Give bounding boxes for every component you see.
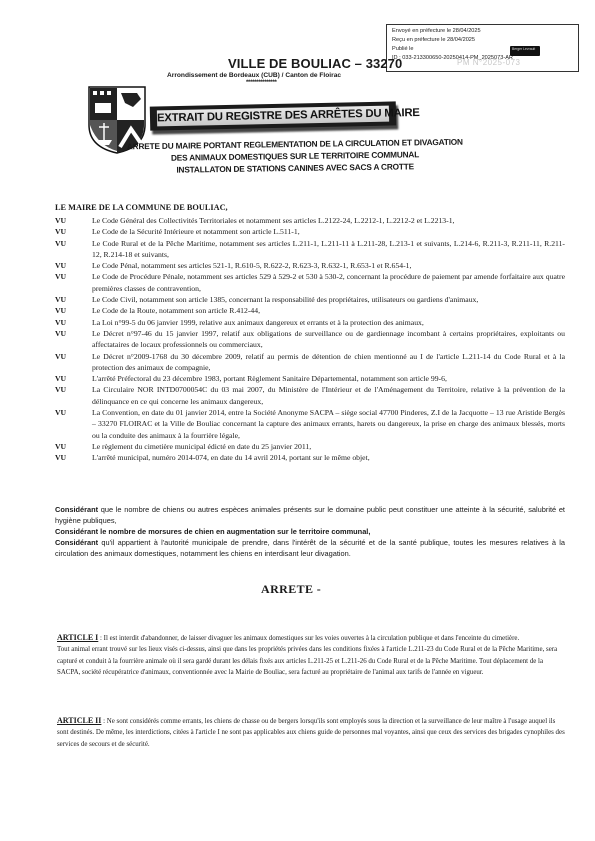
vu-item: VULa Circulaire NOR INTD0700054C du 03 m…: [55, 384, 565, 407]
vu-item: VULe Code de la Route, notamment son art…: [55, 305, 565, 316]
vu-item: VUL'arrêté Préfectoral du 23 décembre 19…: [55, 373, 565, 384]
vu-item: VULe Code Pénal, notamment ses articles …: [55, 260, 565, 271]
berger-levrault-badge: Berger Levrault: [510, 46, 540, 56]
vu-item: VULa Convention, en date du 01 janvier 2…: [55, 407, 565, 441]
article-2: ARTICLE II : Ne sont considérés comme er…: [57, 715, 565, 750]
maire-heading: LE MAIRE DE LA COMMUNE DE BOULIAC,: [55, 203, 228, 212]
vu-item: VULe Code Rural et de la Pêche Maritime,…: [55, 238, 565, 261]
arrete-title: ARRETE DU MAIRE PORTANT REGLEMENTATION D…: [95, 135, 495, 177]
considerant-item: Considérant qu'il appartient à l'autorit…: [55, 537, 565, 559]
considerant-list: Considérant que le nombre de chiens ou a…: [55, 504, 565, 559]
vu-item: VULe Code de la Sécurité Intérieure et n…: [55, 226, 565, 237]
article-label: ARTICLE I: [57, 633, 98, 642]
vu-list: VULe Code Général des Collectivités Terr…: [55, 215, 565, 464]
banner-text: EXTRAIT DU REGISTRE DES ARRÊTES DU MAIRE: [157, 106, 389, 127]
vu-item: VULe règlement du cimetière municipal éd…: [55, 441, 565, 452]
article-1: ARTICLE I : Il est interdit d'abandonner…: [57, 632, 565, 678]
vu-item: VULe Décret n°97-46 du 15 janvier 1997, …: [55, 328, 565, 351]
prefecture-stamp: Envoyé en préfecture le 28/04/2025 Reçu …: [386, 24, 579, 72]
vu-item: VULa Loi n°99-5 du 06 janvier 1999, rela…: [55, 317, 565, 328]
stamp-received: Reçu en préfecture le 28/04/2025: [392, 36, 573, 45]
vu-item: VULe Code Civil, notamment son article 1…: [55, 294, 565, 305]
vu-item: VULe Code de Procédure Pénale, notamment…: [55, 271, 565, 294]
city-subtitle: Arrondissement de Bordeaux (CUB) / Canto…: [167, 72, 341, 79]
vu-item: VULe Code Général des Collectivités Terr…: [55, 215, 565, 226]
stamp-sent: Envoyé en préfecture le 28/04/2025: [392, 27, 573, 36]
considerant-item: Considérant le nombre de morsures de chi…: [55, 526, 565, 537]
city-title: VILLE DE BOULIAC – 33270: [228, 56, 402, 71]
register-banner: EXTRAIT DU REGISTRE DES ARRÊTES DU MAIRE: [150, 101, 396, 130]
vu-item: VUL'arrêté municipal, numéro 2014-074, e…: [55, 452, 565, 463]
stamp-published: Publié le: [392, 45, 573, 54]
considerant-item: Considérant que le nombre de chiens ou a…: [55, 504, 565, 526]
stamp-ghost-text: PM N°2025-073: [457, 58, 521, 67]
stars-divider: ***************: [246, 80, 277, 86]
article-label: ARTICLE II: [57, 716, 101, 725]
article-paragraph: Tout animal errant trouvé sur les lieux …: [57, 644, 565, 678]
arrete-heading: ARRETE -: [261, 582, 321, 597]
vu-item: VULe Décret n°2009-1768 du 30 décembre 2…: [55, 351, 565, 374]
